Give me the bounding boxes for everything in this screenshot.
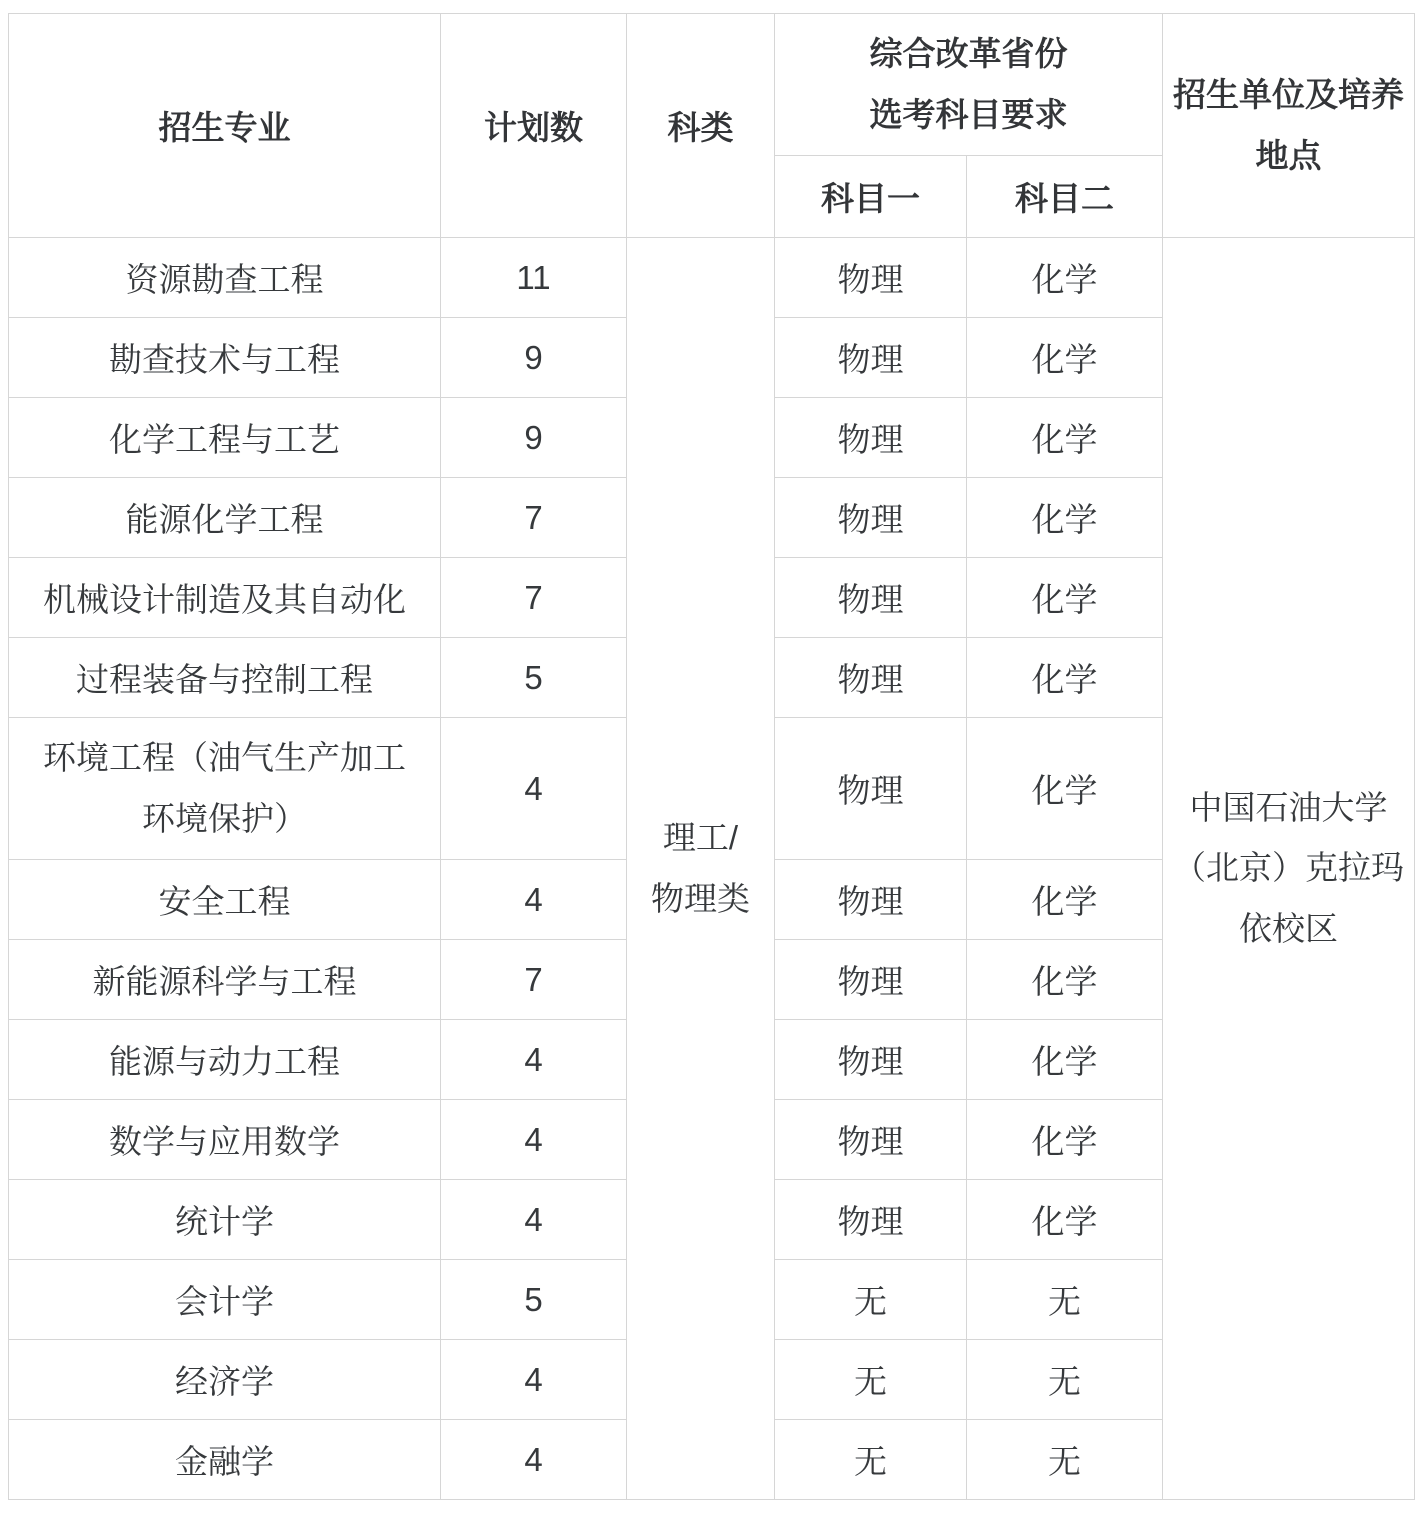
header-unit-line2: 地点	[1163, 126, 1414, 186]
category-line2: 物理类	[627, 869, 774, 929]
major-cell: 会计学	[9, 1260, 441, 1340]
category-merged-cell: 理工/ 物理类	[627, 238, 775, 1500]
plan-cell: 4	[441, 1340, 627, 1420]
major-cell: 资源勘查工程	[9, 238, 441, 318]
subject2-cell: 无	[967, 1340, 1163, 1420]
plan-cell: 7	[441, 940, 627, 1020]
major-cell: 统计学	[9, 1180, 441, 1260]
plan-cell: 4	[441, 1100, 627, 1180]
header-subjects-group: 综合改革省份 选考科目要求	[775, 14, 1163, 156]
subject2-cell: 化学	[967, 238, 1163, 318]
subject1-cell: 物理	[775, 718, 967, 860]
major-cell: 安全工程	[9, 860, 441, 940]
subject1-cell: 物理	[775, 398, 967, 478]
subject2-cell: 化学	[967, 558, 1163, 638]
subject1-cell: 物理	[775, 478, 967, 558]
unit-line2: （北京）克拉玛	[1163, 838, 1414, 898]
plan-cell: 4	[441, 1020, 627, 1100]
category-line1: 理工/	[627, 808, 774, 868]
major-line1: 环境工程（油气生产加工	[9, 728, 440, 788]
plan-cell: 4	[441, 1420, 627, 1500]
major-cell: 能源化学工程	[9, 478, 441, 558]
header-subject1: 科目一	[775, 156, 967, 238]
plan-cell: 9	[441, 398, 627, 478]
plan-cell: 5	[441, 1260, 627, 1340]
subject1-cell: 物理	[775, 940, 967, 1020]
subject1-cell: 无	[775, 1340, 967, 1420]
subject1-cell: 物理	[775, 860, 967, 940]
subject2-cell: 化学	[967, 318, 1163, 398]
subject1-cell: 无	[775, 1420, 967, 1500]
header-row-1: 招生专业 计划数 科类 综合改革省份 选考科目要求 招生单位及培养 地点	[9, 14, 1415, 156]
header-major: 招生专业	[9, 14, 441, 238]
header-subjects-group-line2: 选考科目要求	[775, 85, 1162, 145]
plan-cell: 5	[441, 638, 627, 718]
major-cell: 经济学	[9, 1340, 441, 1420]
major-line2: 环境保护）	[9, 789, 440, 849]
plan-cell: 4	[441, 718, 627, 860]
plan-cell: 4	[441, 1180, 627, 1260]
subject1-cell: 物理	[775, 318, 967, 398]
major-cell: 新能源科学与工程	[9, 940, 441, 1020]
subject1-cell: 物理	[775, 558, 967, 638]
header-unit-line1: 招生单位及培养	[1163, 65, 1414, 125]
plan-cell: 9	[441, 318, 627, 398]
plan-cell: 11	[441, 238, 627, 318]
header-subject2: 科目二	[967, 156, 1163, 238]
subject2-cell: 化学	[967, 1020, 1163, 1100]
subject1-cell: 物理	[775, 238, 967, 318]
subject1-cell: 物理	[775, 638, 967, 718]
subject2-cell: 化学	[967, 860, 1163, 940]
major-cell: 数学与应用数学	[9, 1100, 441, 1180]
plan-cell: 7	[441, 478, 627, 558]
subject1-cell: 物理	[775, 1020, 967, 1100]
subject2-cell: 无	[967, 1260, 1163, 1340]
subject2-cell: 化学	[967, 940, 1163, 1020]
subject2-cell: 无	[967, 1420, 1163, 1500]
unit-merged-cell: 中国石油大学 （北京）克拉玛 依校区	[1163, 238, 1415, 1500]
admissions-table-container: 招生专业 计划数 科类 综合改革省份 选考科目要求 招生单位及培养 地点 科目一…	[8, 13, 1414, 1500]
unit-line1: 中国石油大学	[1163, 778, 1414, 838]
major-cell: 能源与动力工程	[9, 1020, 441, 1100]
subject1-cell: 物理	[775, 1100, 967, 1180]
plan-cell: 4	[441, 860, 627, 940]
subject2-cell: 化学	[967, 718, 1163, 860]
major-cell: 金融学	[9, 1420, 441, 1500]
major-cell: 机械设计制造及其自动化	[9, 558, 441, 638]
header-subjects-group-line1: 综合改革省份	[775, 24, 1162, 84]
subject2-cell: 化学	[967, 1180, 1163, 1260]
subject2-cell: 化学	[967, 1100, 1163, 1180]
plan-cell: 7	[441, 558, 627, 638]
subject2-cell: 化学	[967, 638, 1163, 718]
major-cell: 过程装备与控制工程	[9, 638, 441, 718]
header-unit: 招生单位及培养 地点	[1163, 14, 1415, 238]
header-plan-count: 计划数	[441, 14, 627, 238]
subject1-cell: 物理	[775, 1180, 967, 1260]
page: 招生专业 计划数 科类 综合改革省份 选考科目要求 招生单位及培养 地点 科目一…	[0, 0, 1424, 1520]
major-cell: 环境工程（油气生产加工 环境保护）	[9, 718, 441, 860]
subject2-cell: 化学	[967, 398, 1163, 478]
unit-line3: 依校区	[1163, 899, 1414, 959]
table-row: 资源勘查工程 11 理工/ 物理类 物理 化学 中国石油大学 （北京）克拉玛 依…	[9, 238, 1415, 318]
subject1-cell: 无	[775, 1260, 967, 1340]
admissions-table: 招生专业 计划数 科类 综合改革省份 选考科目要求 招生单位及培养 地点 科目一…	[8, 13, 1415, 1500]
header-category: 科类	[627, 14, 775, 238]
major-cell: 化学工程与工艺	[9, 398, 441, 478]
subject2-cell: 化学	[967, 478, 1163, 558]
major-cell: 勘查技术与工程	[9, 318, 441, 398]
